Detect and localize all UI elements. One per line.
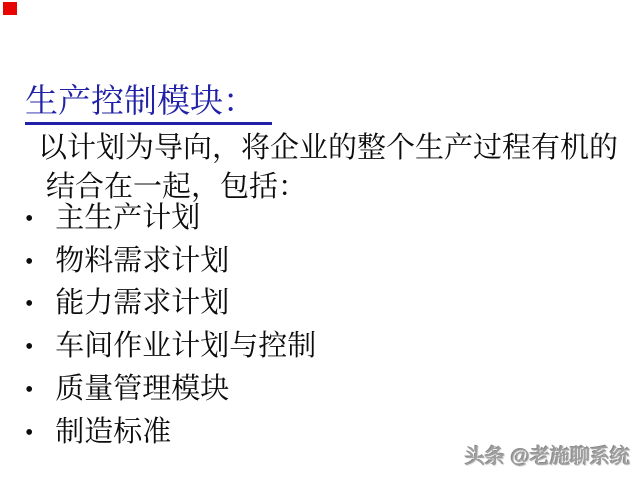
- list-item: • 主生产计划: [25, 198, 316, 241]
- slide-title-text[interactable]: 生产控制模块：: [25, 83, 272, 125]
- red-corner-square-decoration: [3, 2, 17, 15]
- bullet-dot-icon: •: [25, 413, 48, 455]
- bullet-dot-icon: •: [25, 242, 48, 284]
- watermark-label: 头条 @老施聊系统: [465, 440, 630, 469]
- bullet-dot-icon: •: [25, 327, 48, 369]
- bullet-text: 物料需求计划: [55, 245, 229, 277]
- slide-title[interactable]: 生产控制模块：: [25, 83, 272, 125]
- bullet-dot-icon: •: [25, 199, 48, 241]
- list-item: • 物料需求计划: [25, 241, 316, 284]
- list-item: • 能力需求计划: [25, 283, 316, 326]
- intro-line-1: 以计划为导向，将企业的整个生产过程有机的: [38, 129, 638, 168]
- bullet-text: 能力需求计划: [55, 287, 229, 319]
- bullet-list: • 主生产计划 • 物料需求计划 • 能力需求计划 • 车间作业计划与控制 • …: [25, 198, 316, 454]
- bullet-text: 主生产计划: [55, 202, 200, 234]
- list-item: • 质量管理模块: [25, 369, 316, 412]
- bullet-dot-icon: •: [25, 284, 48, 326]
- bullet-text: 制造标准: [55, 416, 171, 448]
- bullet-dot-icon: •: [25, 370, 48, 412]
- bullet-text: 质量管理模块: [55, 373, 229, 405]
- intro-paragraph: 以计划为导向，将企业的整个生产过程有机的 结合在一起，包括：: [38, 129, 638, 207]
- presentation-slide: 生产控制模块： 以计划为导向，将企业的整个生产过程有机的 结合在一起，包括： •…: [0, 0, 640, 480]
- bullet-text: 车间作业计划与控制: [55, 330, 316, 362]
- list-item: • 车间作业计划与控制: [25, 326, 316, 369]
- list-item: • 制造标准: [25, 412, 316, 455]
